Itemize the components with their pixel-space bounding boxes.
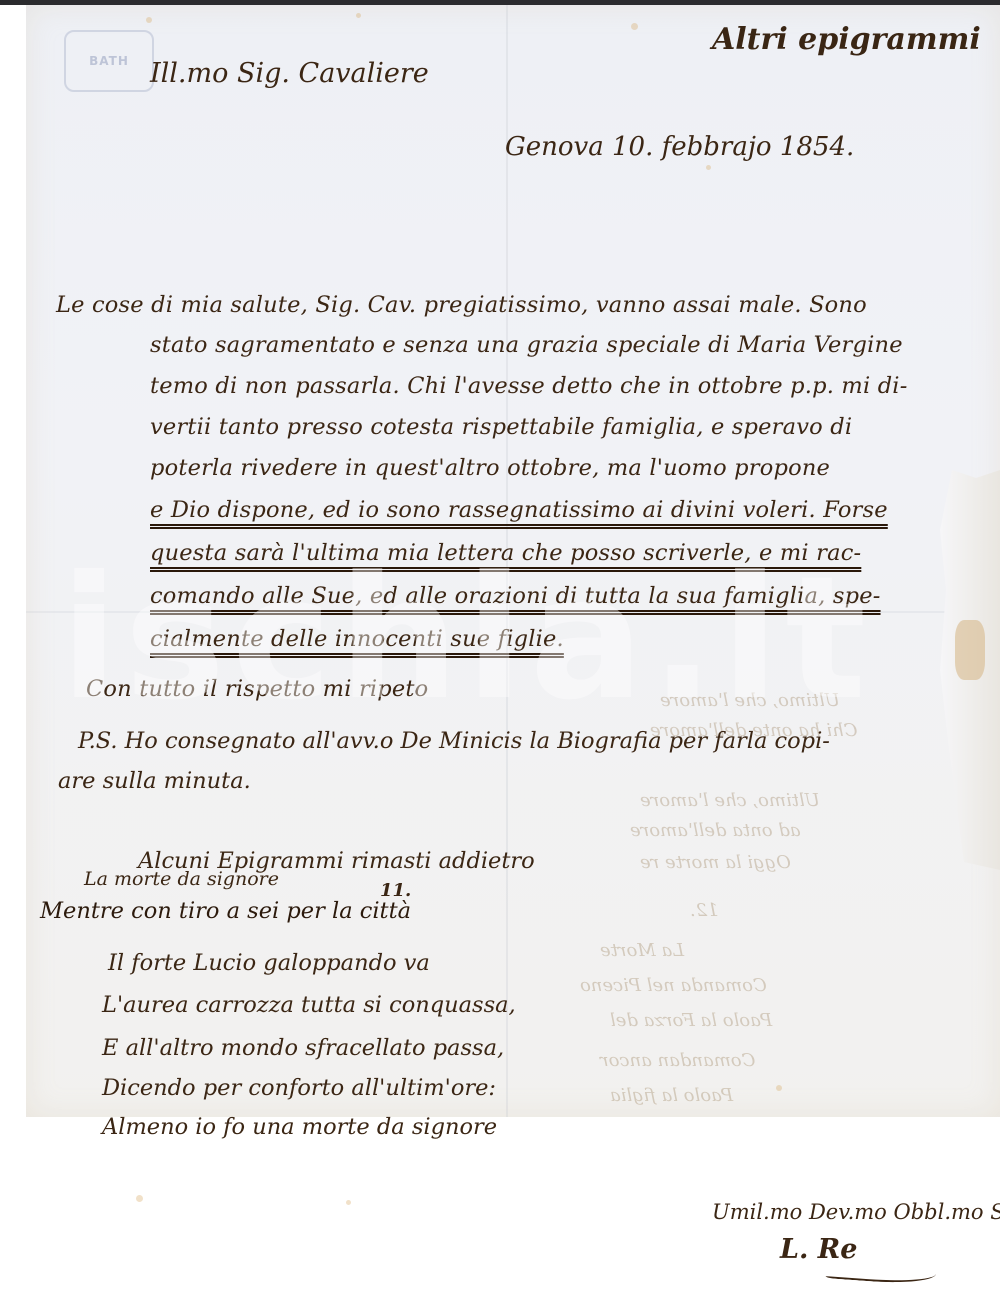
bleed-through-text: Ultimo, che l'amore [640, 790, 820, 811]
bleed-through-text: ad onta dell'amore [630, 820, 801, 841]
epigram-subtitle: La morte da signore [84, 868, 279, 890]
bleed-through-text: Paolo la Forza del [610, 1010, 772, 1031]
body-line-1: Le cose di mia salute, Sig. Cav. pregiat… [56, 292, 867, 318]
epigram-verse: Dicendo per conforto all'ultim'ore: [102, 1075, 496, 1101]
bleed-through-text: 12. [690, 900, 719, 921]
signature-flourish [825, 1258, 936, 1286]
foxing-spot [346, 1200, 351, 1205]
epigram-verse: Il forte Lucio galoppando va [108, 950, 430, 976]
bleed-through-text: Comandan ancor [600, 1050, 755, 1071]
complimentary-close: Umil.mo Dev.mo Obbl.mo Servitore [712, 1200, 1000, 1224]
place-and-date: Genova 10. febbrajo 1854. [505, 132, 854, 162]
body-line-5: poterla rivedere in quest'altro ottobre,… [150, 455, 830, 481]
epigram-verse: Mentre con tiro a sei per la città [40, 898, 411, 924]
annotation-title: Altri epigrammi [712, 22, 981, 57]
body-line-3: temo di non passarla. Chi l'avesse detto… [150, 373, 908, 399]
bleed-through-text: Oggi la morte re [640, 852, 791, 873]
foxing-spot [146, 17, 152, 23]
salutation: Ill.mo Sig. Cavaliere [150, 58, 429, 89]
foxing-spot [776, 1085, 782, 1091]
bleed-through-text: Paolo la figlia [610, 1085, 733, 1106]
body-line-4: vertii tanto presso cotesta rispettabile… [150, 414, 852, 440]
foxing-spot [136, 1195, 143, 1202]
body-line-6: e Dio dispone, ed io sono rassegnatissim… [150, 497, 888, 523]
bleed-through-text: Comanda nel Piceno [580, 975, 767, 996]
foxing-spot [631, 23, 638, 30]
foxing-spot [356, 13, 361, 18]
epigram-verse: Almeno io fo una morte da signore [102, 1114, 497, 1140]
stamp-label: BATH [89, 54, 129, 68]
bleed-through-text: La Morte [600, 940, 684, 961]
postscript-line-2: are sulla minuta. [58, 768, 251, 794]
watermark: ischia.it [60, 540, 872, 738]
epigram-verse: L'aurea carrozza tutta si conquassa, [102, 992, 516, 1018]
epigram-verse: E all'altro mondo sfracellato passa, [102, 1035, 504, 1061]
body-line-2: stato sagramentato e senza una grazia sp… [150, 332, 903, 358]
stain [955, 620, 985, 680]
foxing-spot [706, 165, 711, 170]
embossed-paper-stamp: BATH [64, 30, 154, 92]
